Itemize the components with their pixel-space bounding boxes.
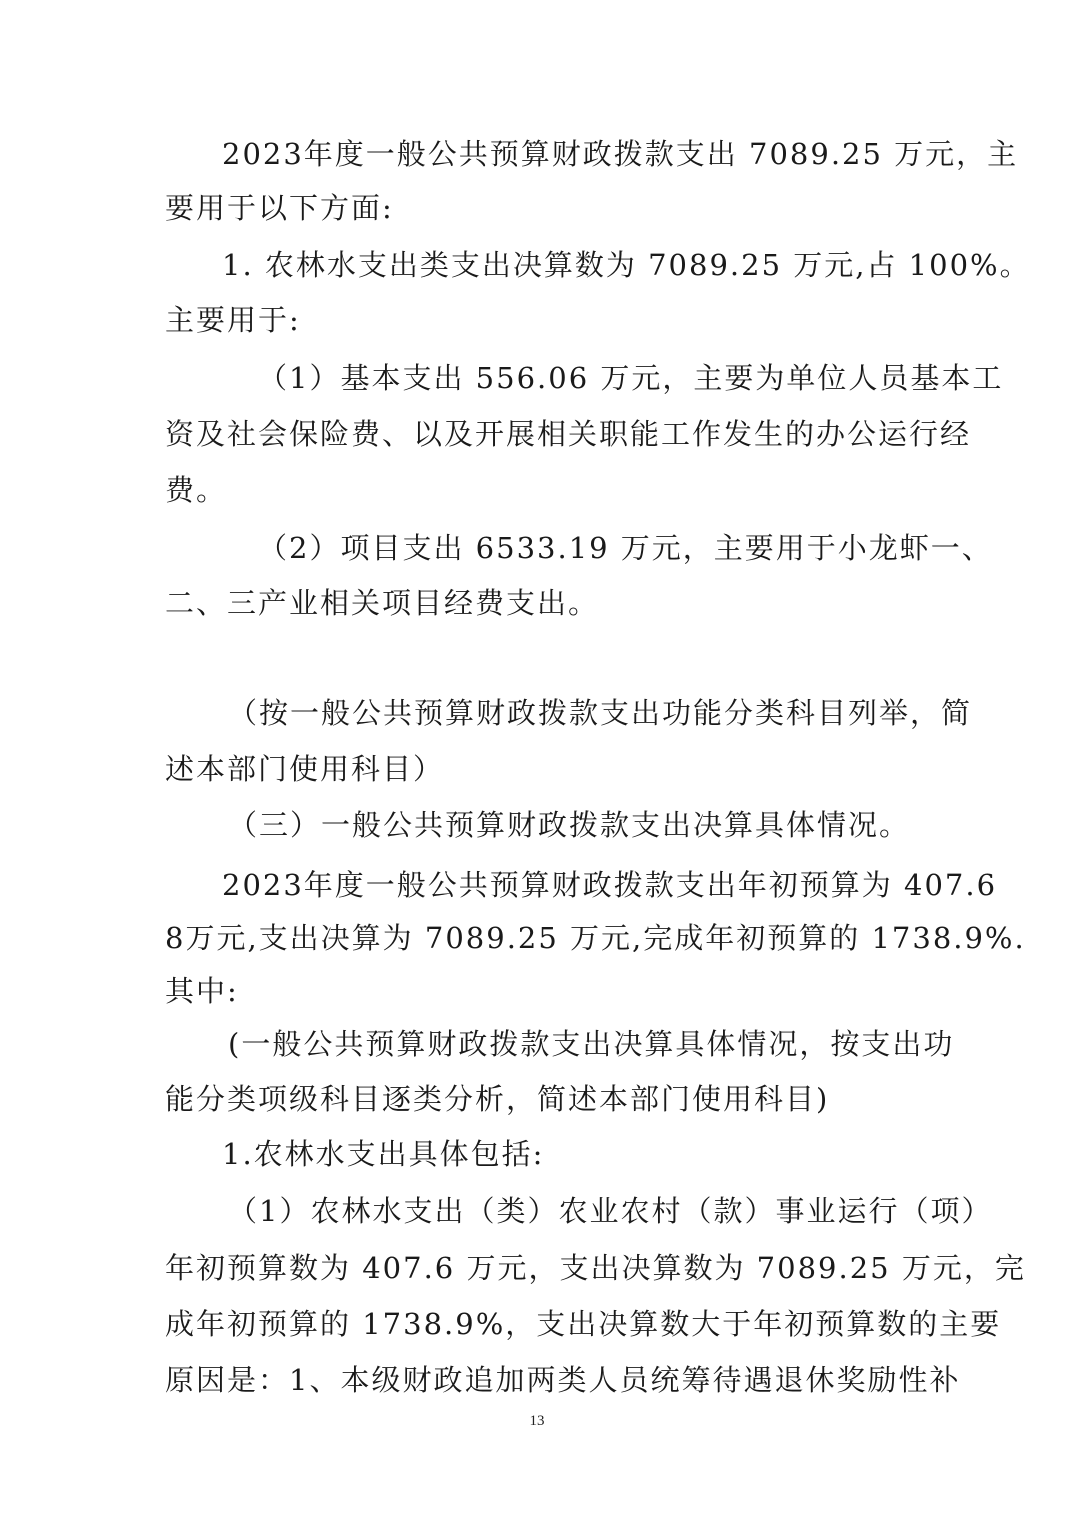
paragraph-line: 原因是：1、本级财政追加两类人员统筹待遇退休奖励性补	[165, 1362, 910, 1398]
paragraph-line: （1）农林水支出（类）农业农村（款）事业运行（项）	[228, 1193, 973, 1229]
paragraph-line: 8万元,支出决算为 7089.25 万元,完成年初预算的 1738.9%.	[165, 920, 910, 956]
paragraph-line: （2）项目支出 6533.19 万元，主要用于小龙虾一、	[258, 530, 1003, 566]
document-page: 2023年度一般公共预算财政拨款支出 7089.25 万元，主 要用于以下方面:…	[0, 0, 1074, 1520]
paragraph-line: 其中:	[165, 973, 910, 1009]
section-heading: （三）一般公共预算财政拨款支出决算具体情况。	[228, 807, 973, 843]
paragraph-line: （1）基本支出 556.06 万元，主要为单位人员基本工	[258, 360, 1003, 396]
paragraph-line: 2023年度一般公共预算财政拨款支出 7089.25 万元，主	[222, 136, 967, 172]
note-line: (一般公共预算财政拨款支出决算具体情况，按支出功	[228, 1026, 973, 1062]
paragraph-line: 资及社会保险费、以及开展相关职能工作发生的办公运行经	[165, 416, 910, 452]
note-line: 述本部门使用科目）	[165, 751, 910, 787]
note-line: 能分类项级科目逐类分析，简述本部门使用科目)	[165, 1081, 910, 1117]
paragraph-line: 主要用于:	[165, 302, 910, 338]
subsection-heading: 1.农林水支出具体包括:	[222, 1136, 967, 1172]
paragraph-line: 年初预算数为 407.6 万元，支出决算数为 7089.25 万元，完	[165, 1250, 910, 1286]
paragraph-line: 费。	[165, 472, 910, 508]
paragraph-line: 要用于以下方面:	[165, 190, 910, 226]
paragraph-line: 二、三产业相关项目经费支出。	[165, 585, 910, 621]
page-number: 13	[0, 1413, 1074, 1430]
paragraph-line: 成年初预算的 1738.9%，支出决算数大于年初预算数的主要	[165, 1306, 910, 1342]
paragraph-line: 2023年度一般公共预算财政拨款支出年初预算为 407.6	[222, 867, 967, 903]
paragraph-line: 1. 农林水支出类支出决算数为 7089.25 万元,占 100%。	[222, 247, 967, 283]
note-line: （按一般公共预算财政拨款支出功能分类科目列举，简	[228, 695, 973, 731]
